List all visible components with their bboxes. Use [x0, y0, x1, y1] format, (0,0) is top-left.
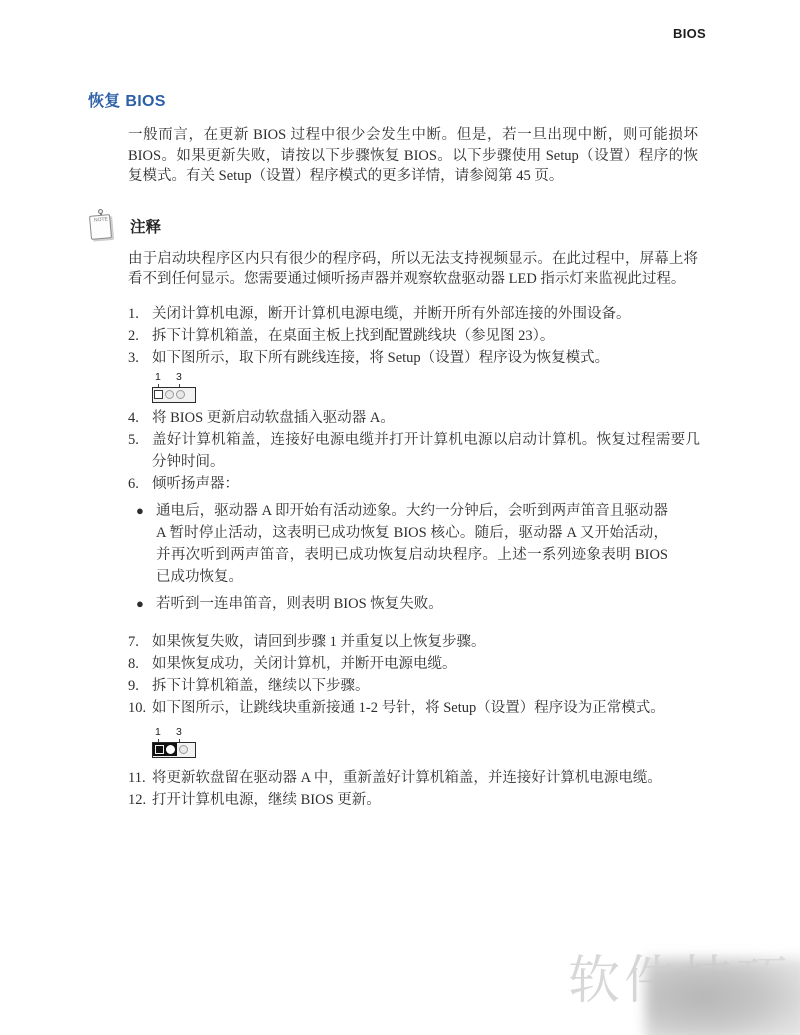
step-text: 如果恢复成功，关闭计算机，并断开电源电缆。 — [152, 653, 700, 675]
pin-3-label: 3 — [176, 726, 182, 738]
step-number: 2. — [128, 325, 152, 347]
step-12: 12. 打开计算机电源，继续 BIOS 更新。 — [128, 789, 700, 811]
note-body: 由于启动块程序区内只有很少的程序码，所以无法支持视频显示。在此过程中，屏幕上将看… — [128, 249, 698, 290]
jumper-block — [152, 387, 196, 403]
pin-3 — [176, 390, 185, 399]
step-text: 关闭计算机电源，断开计算机电源电缆，并断开所有外部连接的外围设备。 — [152, 303, 700, 325]
jumper-block — [152, 742, 196, 758]
step-3: 3. 如下图所示，取下所有跳线连接，将 Setup（设置）程序设为恢复模式。 — [128, 347, 700, 369]
step-text: 拆下计算机箱盖，继续以下步骤。 — [152, 675, 700, 697]
note-icon-text: NOTE — [94, 216, 108, 223]
jumper-cap — [153, 743, 177, 756]
step-number: 8. — [128, 653, 152, 675]
step-text: 如果恢复失败，请回到步骤 1 并重复以上恢复步骤。 — [152, 631, 700, 653]
note-title: 注释 — [130, 215, 161, 239]
step-text: 将 BIOS 更新启动软盘插入驱动器 A。 — [152, 407, 700, 429]
step-text: 打开计算机电源，继续 BIOS 更新。 — [152, 789, 700, 811]
section-title: 恢复 BIOS — [88, 88, 708, 111]
page-content: 恢复 BIOS 一般而言，在更新 BIOS 过程中很少会发生中断。但是，若一旦出… — [88, 88, 708, 811]
note-icon: NOTE — [88, 209, 114, 239]
pin-1-label: 1 — [155, 726, 161, 738]
pin-1 — [154, 390, 163, 399]
step-11: 11. 将更新软盘留在驱动器 A 中，重新盖好计算机箱盖，并连接好计算机电源电缆… — [128, 767, 700, 789]
step-4: 4. 将 BIOS 更新启动软盘插入驱动器 A。 — [128, 407, 700, 429]
bullet-item: ● 通电后，驱动器 A 即开始有活动迹象。大约一分钟后，会听到两声笛音且驱动器 … — [136, 500, 700, 588]
step-text: 如下图所示，让跳线块重新接通 1-2 号针，将 Setup（设置）程序设为正常模… — [152, 697, 700, 719]
step-number: 6. — [128, 473, 152, 495]
step-7: 7. 如果恢复失败，请回到步骤 1 并重复以上恢复步骤。 — [128, 631, 700, 653]
page-header-label: BIOS — [673, 26, 706, 41]
pin-1-label: 1 — [155, 371, 161, 383]
pin-2 — [166, 745, 175, 754]
step-1: 1. 关闭计算机电源，断开计算机电源电缆，并断开所有外部连接的外围设备。 — [128, 303, 700, 325]
bullet-text: 若听到一连串笛音，则表明 BIOS 恢复失败。 — [156, 593, 668, 615]
step-9: 9. 拆下计算机箱盖，继续以下步骤。 — [128, 675, 700, 697]
pin-2 — [165, 390, 174, 399]
jumper-diagram-normal-mode: 1 3 — [152, 727, 212, 758]
step-number: 3. — [128, 347, 152, 369]
pin-3 — [179, 745, 188, 754]
bullet-icon: ● — [136, 593, 156, 615]
manual-page: BIOS 恢复 BIOS 一般而言，在更新 BIOS 过程中很少会发生中断。但是… — [0, 0, 800, 1035]
pin-1 — [155, 745, 164, 754]
step-text: 将更新软盘留在驱动器 A 中，重新盖好计算机箱盖，并连接好计算机电源电缆。 — [152, 767, 700, 789]
note-block: NOTE 注释 由于启动块程序区内只有很少的程序码，所以无法支持视频显示。在此过… — [88, 205, 708, 290]
bullet-item: ● 若听到一连串笛音，则表明 BIOS 恢复失败。 — [136, 593, 700, 615]
step-6: 6. 倾听扬声器： — [128, 473, 700, 495]
intro-paragraph: 一般而言，在更新 BIOS 过程中很少会发生中断。但是，若一旦出现中断，则可能损… — [128, 125, 698, 187]
step-8: 8. 如果恢复成功，关闭计算机，并断开电源电缆。 — [128, 653, 700, 675]
step-number: 7. — [128, 631, 152, 653]
step-number: 1. — [128, 303, 152, 325]
step-text: 如下图所示，取下所有跳线连接，将 Setup（设置）程序设为恢复模式。 — [152, 347, 700, 369]
step-number: 11. — [128, 767, 152, 789]
step-number: 9. — [128, 675, 152, 697]
pin-3-label: 3 — [176, 371, 182, 383]
step-6-bullets: ● 通电后，驱动器 A 即开始有活动迹象。大约一分钟后，会听到两声笛音且驱动器 … — [136, 500, 700, 615]
step-number: 5. — [128, 429, 152, 473]
bullet-text: 通电后，驱动器 A 即开始有活动迹象。大约一分钟后，会听到两声笛音且驱动器 A … — [156, 500, 668, 588]
step-number: 10. — [128, 697, 152, 719]
watermark-blur-blob — [645, 958, 800, 1035]
procedure-steps: 1. 关闭计算机电源，断开计算机电源电缆，并断开所有外部连接的外围设备。 2. … — [128, 303, 700, 811]
step-text: 拆下计算机箱盖，在桌面主板上找到配置跳线块（参见图 23）。 — [152, 325, 700, 347]
step-5: 5. 盖好计算机箱盖，连接好电源电缆并打开计算机电源以启动计算机。恢复过程需要几… — [128, 429, 700, 473]
step-number: 12. — [128, 789, 152, 811]
bullet-icon: ● — [136, 500, 156, 588]
step-10: 10. 如下图所示，让跳线块重新接通 1-2 号针，将 Setup（设置）程序设… — [128, 697, 700, 719]
step-2: 2. 拆下计算机箱盖，在桌面主板上找到配置跳线块（参见图 23）。 — [128, 325, 700, 347]
step-text: 倾听扬声器： — [152, 473, 700, 495]
jumper-diagram-recovery-mode: 1 3 — [152, 372, 212, 403]
step-text: 盖好计算机箱盖，连接好电源电缆并打开计算机电源以启动计算机。恢复过程需要几分钟时… — [152, 429, 700, 473]
step-number: 4. — [128, 407, 152, 429]
